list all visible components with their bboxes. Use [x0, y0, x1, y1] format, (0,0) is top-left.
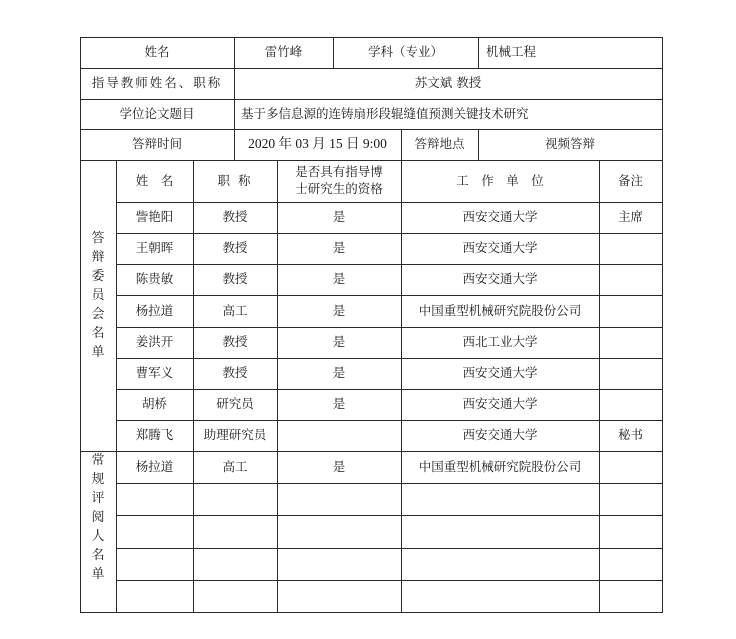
cell-note: [599, 295, 662, 327]
label-char: 单: [91, 346, 104, 365]
cell-name: [116, 483, 193, 515]
col-header-qualification-line1: 是否具有指导博: [295, 164, 383, 181]
committee-section-label: 答 辩 委 员 会 名 单: [80, 232, 116, 382]
defense-time-value: 2020 年 03 月 15 日 9:00: [234, 129, 401, 160]
cell-name: 杨拉道: [116, 451, 193, 483]
cell-title: [193, 548, 277, 580]
cell-qualified: 是: [277, 358, 401, 389]
label-char: 员: [91, 289, 104, 308]
cell-name: 訾艳阳: [116, 202, 193, 233]
reviewers-section-label: 常 规 评 阅 人 名 单: [80, 454, 116, 604]
cell-name: [116, 515, 193, 548]
col-header-qualification: 是否具有指导博 士研究生的资格: [277, 160, 401, 202]
cell-name: 胡桥: [116, 389, 193, 420]
cell-title: 教授: [193, 202, 277, 233]
label-char: 常: [91, 454, 104, 473]
defense-time-label: 答辩时间: [80, 129, 234, 160]
label-char: 人: [91, 530, 104, 549]
cell-title: 研究员: [193, 389, 277, 420]
thesis-title-label: 学位论文题目: [80, 99, 234, 129]
cell-qualified: [277, 483, 401, 515]
cell-qualified: 是: [277, 327, 401, 358]
cell-note: [599, 264, 662, 295]
cell-qualified: 是: [277, 451, 401, 483]
col-header-qualification-line2: 士研究生的资格: [295, 181, 383, 198]
label-char: 辩: [91, 251, 104, 270]
cell-note: [599, 233, 662, 264]
cell-qualified: 是: [277, 389, 401, 420]
defense-location-value: 视频答辩: [478, 129, 662, 160]
cell-unit: 西安交通大学: [401, 233, 599, 264]
cell-name: 姜洪开: [116, 327, 193, 358]
cell-name: 杨拉道: [116, 295, 193, 327]
advisor-value: 苏文斌 教授: [234, 68, 662, 99]
label-char: 规: [91, 473, 104, 492]
table-border-bottom: [80, 612, 663, 613]
cell-title: [193, 580, 277, 612]
cell-note: [599, 389, 662, 420]
cell-note: [599, 515, 662, 548]
label-char: 评: [91, 492, 104, 511]
cell-title: 教授: [193, 233, 277, 264]
cell-title: [193, 515, 277, 548]
cell-unit: 西安交通大学: [401, 389, 599, 420]
student-name-label: 姓名: [80, 37, 234, 68]
cell-name: [116, 580, 193, 612]
cell-unit: [401, 483, 599, 515]
label-char: 委: [91, 270, 104, 289]
cell-title: 助理研究员: [193, 420, 277, 451]
cell-unit: 西安交通大学: [401, 420, 599, 451]
advisor-label: 指导教师姓名、职称: [80, 68, 234, 99]
cell-qualified: [277, 580, 401, 612]
cell-note: [599, 548, 662, 580]
cell-unit: 中国重型机械研究院股份公司: [401, 451, 599, 483]
col-header-name: 姓 名: [116, 160, 193, 202]
col-header-note: 备注: [599, 160, 662, 202]
cell-note: [599, 580, 662, 612]
cell-name: 陈贵敏: [116, 264, 193, 295]
cell-qualified: 是: [277, 233, 401, 264]
cell-unit: [401, 580, 599, 612]
cell-name: 王朝晖: [116, 233, 193, 264]
student-name-value: 雷竹峰: [234, 37, 333, 68]
label-char: 名: [91, 327, 104, 346]
cell-name: [116, 548, 193, 580]
cell-name: 郑腾飞: [116, 420, 193, 451]
cell-qualified: [277, 420, 401, 451]
cell-note: [599, 451, 662, 483]
label-char: 会: [91, 308, 104, 327]
label-char: 阅: [91, 511, 104, 530]
cell-qualified: 是: [277, 202, 401, 233]
cell-qualified: [277, 548, 401, 580]
cell-unit: [401, 548, 599, 580]
label-char: 名: [91, 549, 104, 568]
label-char: 单: [91, 568, 104, 587]
cell-qualified: 是: [277, 295, 401, 327]
cell-unit: 西北工业大学: [401, 327, 599, 358]
cell-title: 教授: [193, 327, 277, 358]
cell-qualified: [277, 515, 401, 548]
cell-title: 高工: [193, 295, 277, 327]
cell-unit: 西安交通大学: [401, 264, 599, 295]
col-header-unit: 工 作 单 位: [401, 160, 599, 202]
label-char: 答: [91, 232, 104, 251]
cell-unit: [401, 515, 599, 548]
cell-unit: 中国重型机械研究院股份公司: [401, 295, 599, 327]
cell-title: [193, 483, 277, 515]
cell-unit: 西安交通大学: [401, 202, 599, 233]
table-border-right: [662, 37, 663, 613]
cell-note: [599, 327, 662, 358]
cell-title: 教授: [193, 264, 277, 295]
cell-unit: 西安交通大学: [401, 358, 599, 389]
cell-title: 高工: [193, 451, 277, 483]
cell-note: [599, 483, 662, 515]
cell-note: [599, 358, 662, 389]
defense-location-label: 答辩地点: [401, 129, 478, 160]
cell-name: 曹军义: [116, 358, 193, 389]
discipline-label: 学科（专业）: [333, 37, 478, 68]
col-header-title: 职 称: [193, 160, 277, 202]
thesis-title-value: 基于多信息源的连铸扇形段辊缝值预测关键技术研究: [234, 99, 662, 129]
cell-qualified: 是: [277, 264, 401, 295]
discipline-value: 机械工程: [478, 37, 662, 68]
cell-title: 教授: [193, 358, 277, 389]
cell-note: 主席: [599, 202, 662, 233]
cell-note: 秘书: [599, 420, 662, 451]
